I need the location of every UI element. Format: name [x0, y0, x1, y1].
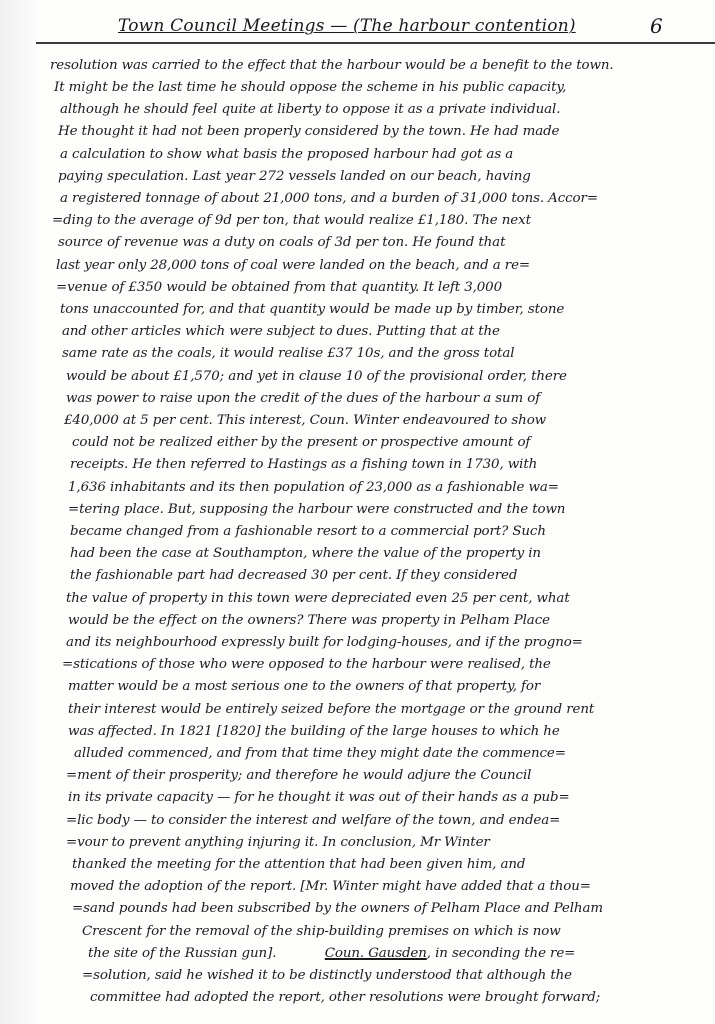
text-line: source of revenue was a duty on coals of… [58, 235, 505, 250]
seconder-name: Coun. Gausden [325, 946, 427, 961]
text-line: in its private capacity — for he thought… [68, 790, 570, 805]
text-line: alluded commenced, and from that time th… [74, 746, 566, 761]
text-line: resolution was carried to the effect tha… [50, 58, 614, 73]
text-line: committee had adopted the report, other … [90, 990, 600, 1005]
text-line: was power to raise upon the credit of th… [66, 391, 540, 406]
text-line: =vour to prevent anything injuring it. I… [66, 835, 490, 850]
text-line: and its neighbourhood expressly built fo… [66, 635, 583, 650]
text-line: the fashionable part had decreased 30 pe… [70, 568, 517, 583]
text-line: Crescent for the removal of the ship-bui… [82, 924, 561, 939]
text-line: =venue of £350 would be obtained from th… [56, 280, 502, 295]
text-line: and other articles which were subject to… [62, 324, 500, 339]
text-line: =lic body — to consider the interest and… [66, 813, 560, 828]
page-number: 6 [650, 14, 663, 38]
text-line: same rate as the coals, it would realise… [62, 346, 514, 361]
text-line: =sand pounds had been subscribed by the … [72, 901, 603, 916]
text-line: thanked the meeting for the attention th… [72, 857, 525, 872]
text-line: =tering place. But, supposing the harbou… [68, 502, 565, 517]
text-line: receipts. He then referred to Hastings a… [70, 457, 537, 472]
text-line: £40,000 at 5 per cent. This interest, Co… [64, 413, 546, 428]
text-line: He thought it had not been properly cons… [58, 124, 559, 139]
text-line: =ding to the average of 9d per ton, that… [52, 213, 531, 228]
text-line: a registered tonnage of about 21,000 ton… [60, 191, 598, 206]
text-line: last year only 28,000 tons of coal were … [56, 258, 530, 273]
text-line: 1,636 inhabitants and its then populatio… [68, 480, 559, 495]
document-page: Town Council Meetings — (The harbour con… [0, 0, 715, 1024]
text-line: could not be realized either by the pres… [72, 435, 530, 450]
text-line: =solution, said he wished it to be disti… [82, 968, 572, 983]
header-divider [36, 42, 715, 44]
page-title: Town Council Meetings — (The harbour con… [118, 16, 576, 36]
text-line: a calculation to show what basis the pro… [60, 147, 513, 162]
text-line: matter would be a most serious one to th… [68, 679, 540, 694]
text-line: the site of the Russian gun]. Coun. Gaus… [88, 946, 575, 961]
text-fragment: the site of the Russian gun]. [88, 946, 276, 961]
text-line: became changed from a fashionable resort… [70, 524, 546, 539]
text-line: although he should feel quite at liberty… [60, 102, 560, 117]
text-fragment: , in seconding the re= [427, 946, 576, 961]
text-line: would be about £1,570; and yet in clause… [66, 369, 567, 384]
text-line: =ment of their prosperity; and therefore… [66, 768, 531, 783]
text-line: the value of property in this town were … [66, 591, 570, 606]
text-line: tons unaccounted for, and that quantity … [60, 302, 564, 317]
text-line: had been the case at Southampton, where … [70, 546, 541, 561]
scan-edge-shading [0, 0, 40, 1024]
text-line: It might be the last time he should oppo… [54, 80, 566, 95]
text-line: paying speculation. Last year 272 vessel… [58, 169, 531, 184]
text-line: was affected. In 1821 [1820] the buildin… [68, 724, 560, 739]
text-line: =stications of those who were opposed to… [62, 657, 551, 672]
text-line: their interest would be entirely seized … [68, 702, 594, 717]
text-line: moved the adoption of the report. [Mr. W… [70, 879, 591, 894]
text-line: would be the effect on the owners? There… [68, 613, 550, 628]
